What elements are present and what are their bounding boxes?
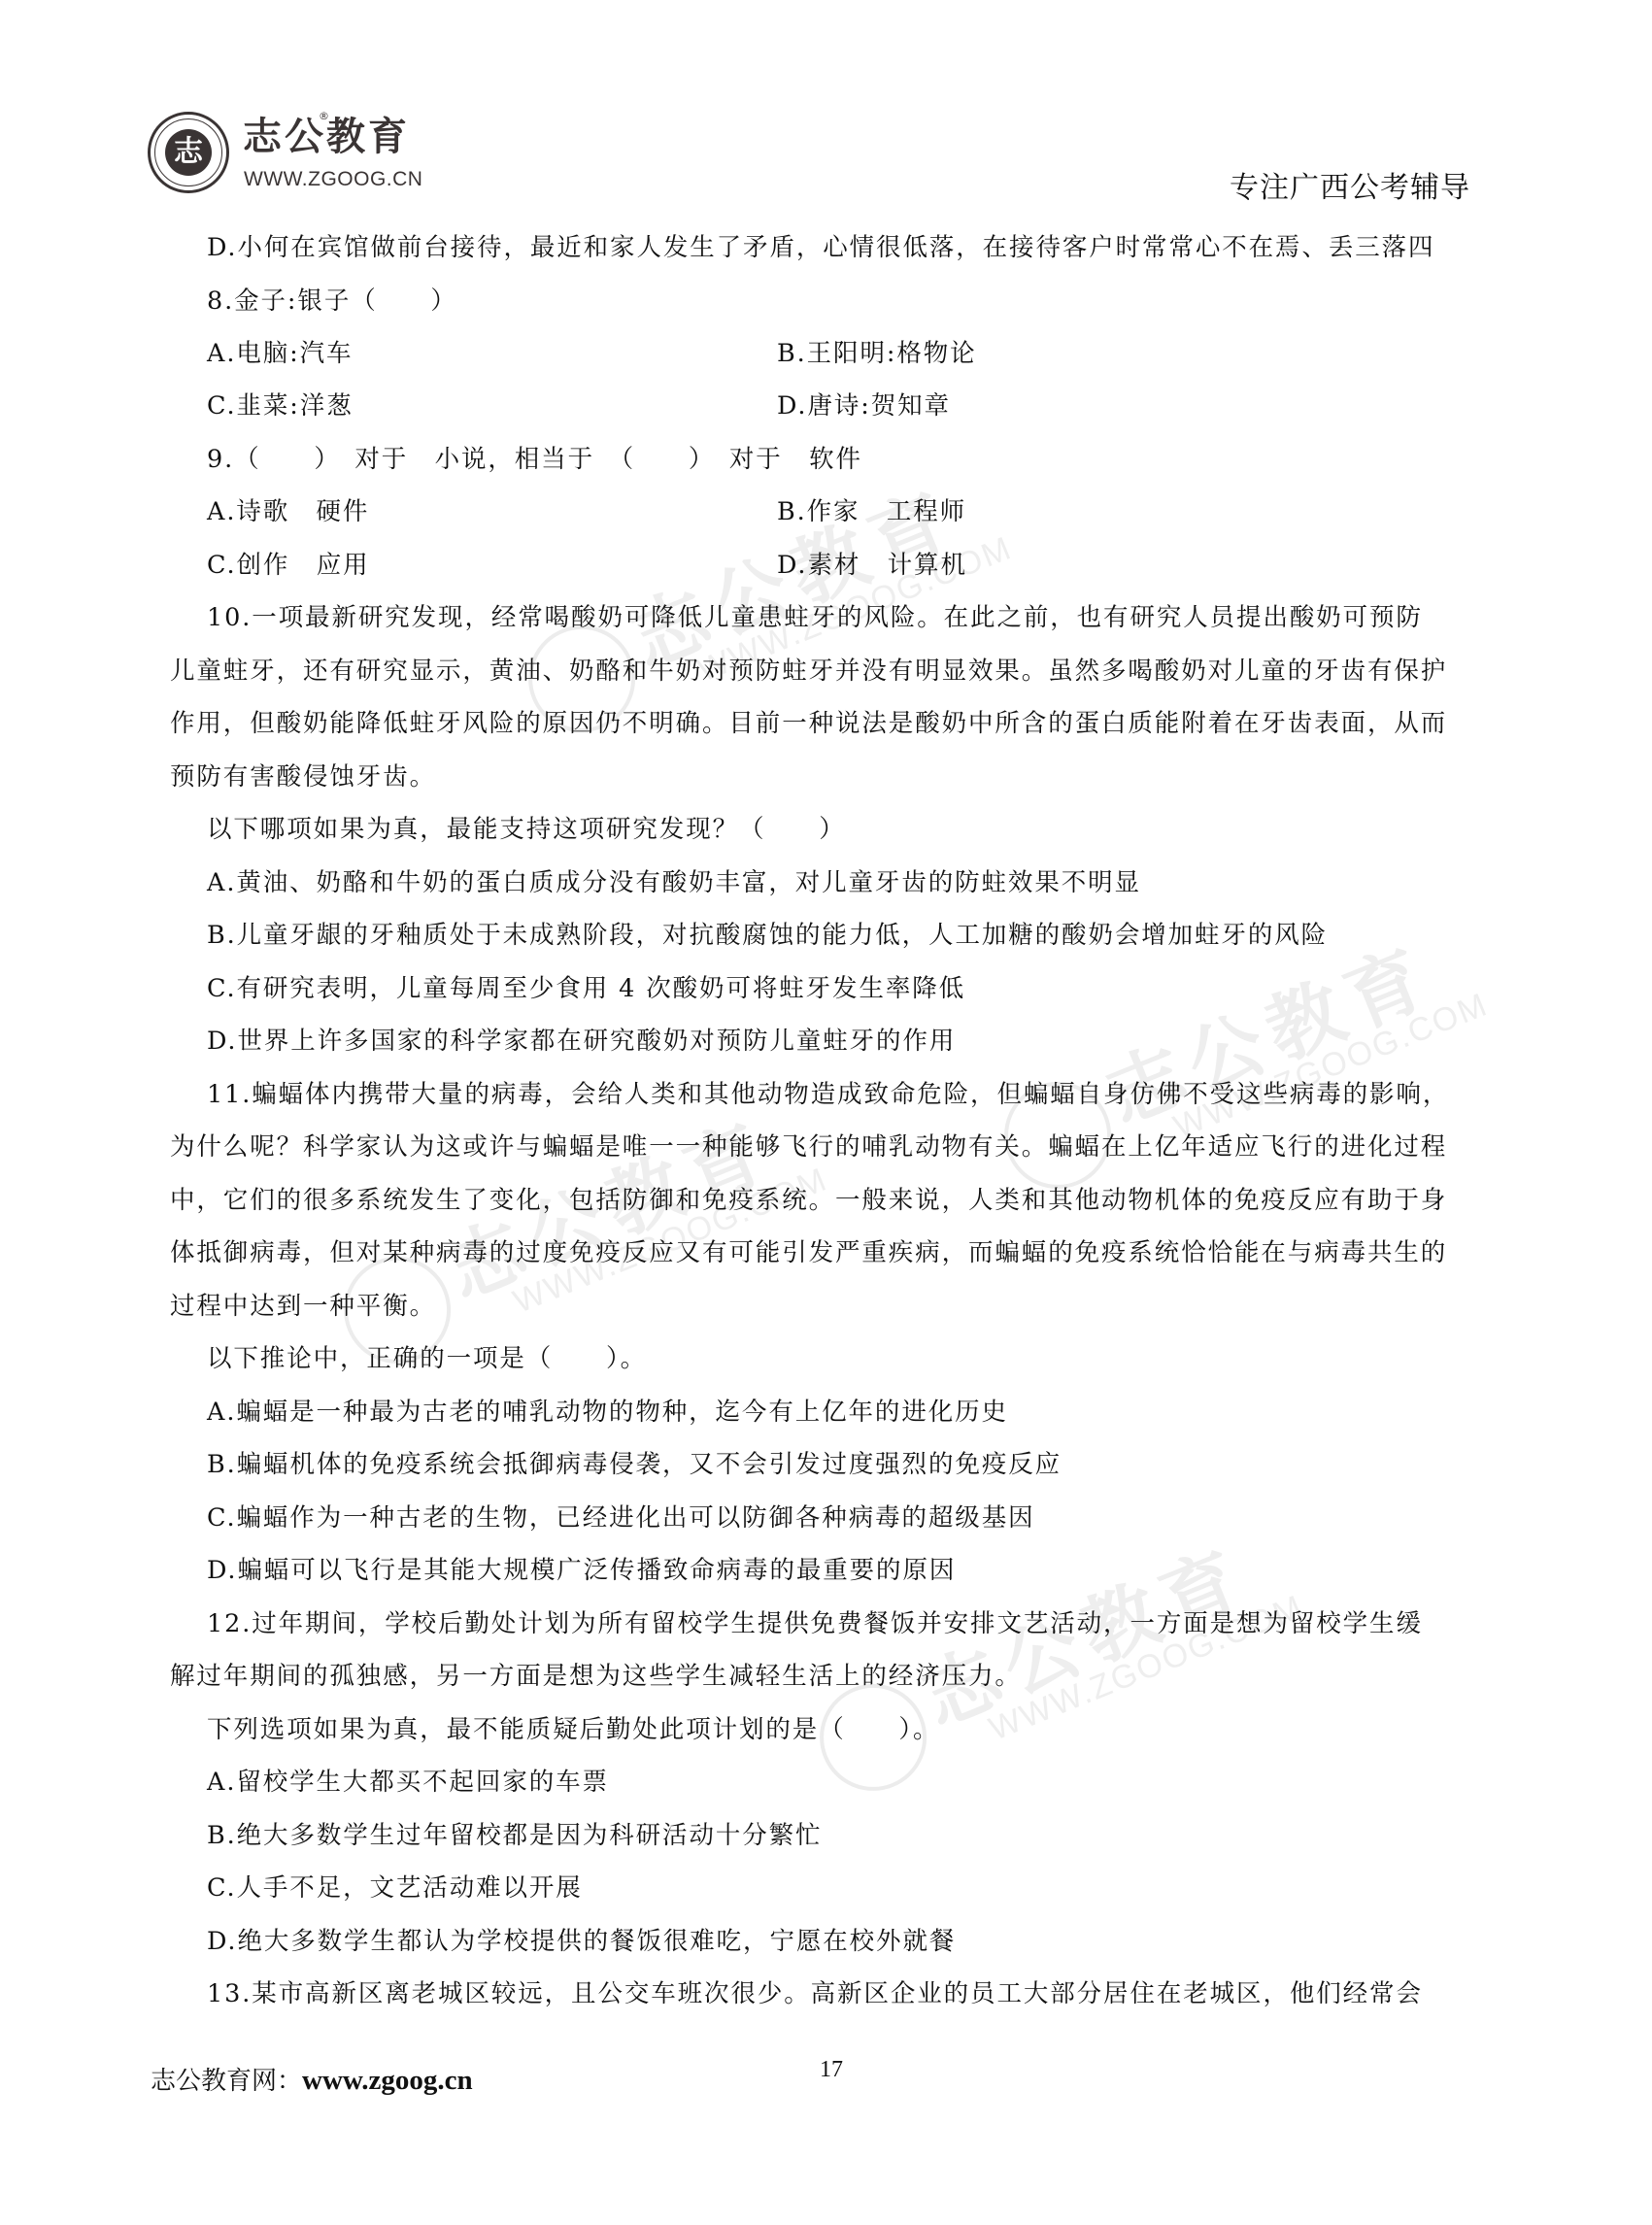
question-line: 8.金子:银子（ ） [207, 286, 457, 317]
paragraph-line: 体抵御病毒，但对某种病毒的过度免疫反应又有可能引发严重疾病，而蝙蝠的免疫系统恰恰… [170, 1237, 1447, 1268]
option-line: A.电脑:汽车 [207, 338, 353, 369]
paragraph-line: 作用，但酸奶能降低蛀牙风险的原因仍不明确。目前一种说法是酸奶中所含的蛋白质能附着… [170, 708, 1447, 739]
footer-site-url[interactable]: www.zgoog.cn [302, 2065, 473, 2096]
document-page: 志公教育 WWW.ZGOOG.COM 志公教育 WWW.ZGOOG.COM 志公… [0, 0, 1652, 2225]
option-line: C.人手不足，文艺活动难以开展 [207, 1872, 583, 1904]
option-line: B.作家 工程师 [777, 496, 966, 527]
header-tagline: 专注广西公考辅导 [1230, 163, 1470, 206]
option-line: D.世界上许多国家的科学家都在研究酸奶对预防儿童蛀牙的作用 [207, 1026, 956, 1057]
option-line: C.有研究表明，儿童每周至少食用 4 次酸奶可将蛀牙发生率降低 [207, 973, 965, 1004]
question-line: 11.蝙蝠体内携带大量的病毒，会给人类和其他动物造成致命危险，但蝙蝠自身仿佛不受… [207, 1079, 1449, 1110]
option-line: D.绝大多数学生都认为学校提供的餐饭很难吃，宁愿在校外就餐 [207, 1926, 956, 1957]
option-line: A.留校学生大都买不起回家的车票 [207, 1767, 609, 1798]
question-line: 10.一项最新研究发现，经常喝酸奶可降低儿童患蛀牙的风险。在此之前，也有研究人员… [207, 602, 1423, 633]
paragraph-line: 中，它们的很多系统发生了变化，包括防御和免疫系统。一般来说，人类和其他动物机体的… [170, 1185, 1447, 1216]
option-line: D.小何在宾馆做前台接待，最近和家人发生了矛盾，心情很低落，在接待客户时常常心不… [207, 232, 1434, 263]
brand-logo: 志 志公教育 ® WWW.ZGOOG.CN [148, 112, 429, 197]
option-line: C.韭菜:洋葱 [207, 390, 354, 421]
option-line: C.创作 应用 [207, 550, 370, 581]
logo-seal-char: 志 [165, 129, 212, 176]
option-line: B.儿童牙龈的牙釉质处于未成熟阶段，对抗酸腐蚀的能力低，人工加糖的酸奶会增加蛀牙… [207, 920, 1328, 951]
paragraph-line: 预防有害酸侵蚀牙齿。 [170, 761, 436, 792]
footer-site-label: 志公教育网： [151, 2067, 302, 2096]
logo-seal-icon: 志 [148, 112, 229, 193]
paragraph-line: 儿童蛀牙，还有研究显示，黄油、奶酪和牛奶对预防蛀牙并没有明显效果。虽然多喝酸奶对… [170, 656, 1447, 687]
option-line: B.绝大多数学生过年留校都是因为科研活动十分繁忙 [207, 1820, 822, 1851]
paragraph-line: 解过年期间的孤独感，另一方面是想为这些学生减轻生活上的经济压力。 [170, 1661, 1022, 1692]
brand-url: WWW.ZGOOG.CN [244, 168, 422, 191]
question-prompt: 下列选项如果为真，最不能质疑后勤处此项计划的是（ ）。 [207, 1714, 939, 1745]
question-prompt: 以下哪项如果为真，最能支持这项研究发现？（ ） [207, 814, 846, 845]
question-prompt: 以下推论中，正确的一项是（ ）。 [207, 1343, 647, 1374]
option-line: A.黄油、奶酪和牛奶的蛋白质成分没有酸奶丰富，对儿童牙齿的防蛀效果不明显 [207, 867, 1141, 898]
option-line: D.唐诗:贺知章 [777, 390, 951, 421]
option-line: D.蝙蝠可以飞行是其能大规模广泛传播致命病毒的最重要的原因 [207, 1555, 956, 1586]
option-line: A.诗歌 硬件 [207, 496, 369, 527]
footer-site: 志公教育网：www.zgoog.cn [151, 2061, 473, 2097]
paragraph-line: 为什么呢？科学家认为这或许与蝙蝠是唯一一种能够飞行的哺乳动物有关。蝙蝠在上亿年适… [170, 1131, 1447, 1163]
registered-mark: ® [319, 110, 329, 122]
option-line: A.蝙蝠是一种最为古老的哺乳动物的物种，迄今有上亿年的进化历史 [207, 1397, 1008, 1428]
option-line: C.蝙蝠作为一种古老的生物，已经进化出可以防御各种病毒的超级基因 [207, 1502, 1035, 1534]
question-line: 9.（ ） 对于 小说，相当于 （ ） 对于 软件 [207, 444, 862, 475]
option-line: D.素材 计算机 [777, 550, 967, 581]
option-line: B.蝙蝠机体的免疫系统会抵御病毒侵袭，又不会引发过度强烈的免疫反应 [207, 1449, 1062, 1480]
question-line: 12.过年期间，学校后勤处计划为所有留校学生提供免费餐饭并安排文艺活动，一方面是… [207, 1608, 1423, 1639]
option-line: B.王阳明:格物论 [777, 338, 977, 369]
paragraph-line: 过程中达到一种平衡。 [170, 1291, 436, 1322]
question-line: 13.某市高新区离老城区较远，且公交车班次很少。高新区企业的员工大部分居住在老城… [207, 1978, 1423, 2009]
page-number: 17 [820, 2057, 843, 2083]
